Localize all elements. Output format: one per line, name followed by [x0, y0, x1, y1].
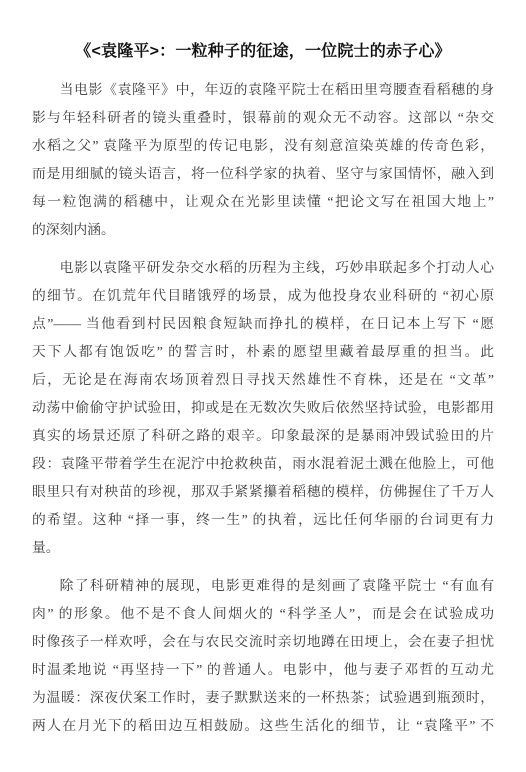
document-page: 《<袁隆平>：一粒种子的征途，一位院士的赤子心》 当电影《袁隆平》中，年迈的袁隆… — [0, 0, 526, 772]
text-line: 当电影《袁隆平》中，年迈的袁隆平院士在稻田里弯腰查看稻穗的身 — [32, 76, 494, 104]
text-line: 天下人都有饱饭吃” 的誓言时，朴素的愿望里藏着最厚重的担当。此 — [32, 338, 494, 366]
text-line: 水稻之父” 袁隆平为原型的传记电影，没有刻意渲染英雄的传奇色彩， — [32, 132, 494, 160]
text-line: 的深刻内涵。 — [32, 216, 494, 244]
text-line: 电影以袁隆平研发杂交水稻的历程为主线，巧妙串联起多个打动人心 — [32, 254, 494, 282]
text-line: 时温柔地说 “再坚持一下” 的普通人。电影中，他与妻子邓哲的互动尤 — [32, 656, 494, 684]
text-line: 量。 — [32, 534, 494, 562]
text-line: 的细节。在饥荒年代目睹饿殍的场景，成为他投身农业科研的 “初心原 — [32, 282, 494, 310]
document-title: 《<袁隆平>：一粒种子的征途，一位院士的赤子心》 — [32, 40, 494, 64]
paragraph: 除了科研精神的展现，电影更难得的是刻画了袁隆平院士 “有血有肉” 的形象。他不是… — [32, 572, 494, 740]
text-line: 每一粒饱满的稻穗中，让观众在光影里读懂 “把论文写在祖国大地上” — [32, 188, 494, 216]
text-line: 点”—— 当他看到村民因粮食短缺而挣扎的模样，在日记本上写下 “愿 — [32, 310, 494, 338]
text-line: 肉” 的形象。他不是不食人间烟火的 “科学圣人”，而是会在试验成功 — [32, 600, 494, 628]
text-line: 段：袁隆平带着学生在泥泞中抢救秧苗，雨水混着泥土溅在他脸上，可他 — [32, 450, 494, 478]
text-line: 后，无论是在海南农场顶着烈日寻找天然雄性不育株，还是在 “文革” — [32, 366, 494, 394]
text-line: 的希望。这种 “择一事，终一生” 的执着，远比任何华丽的台词更有力 — [32, 506, 494, 534]
paragraph: 当电影《袁隆平》中，年迈的袁隆平院士在稻田里弯腰查看稻穗的身影与年轻科研者的镜头… — [32, 76, 494, 244]
text-line: 影与年轻科研者的镜头重叠时，银幕前的观众无不动容。这部以 “杂交 — [32, 104, 494, 132]
text-line: 为温暖：深夜伏案工作时，妻子默默送来的一杯热茶；试验遇到瓶颈时， — [32, 684, 494, 712]
text-line: 真实的场景还原了科研之路的艰辛。印象最深的是暴雨冲毁试验田的片 — [32, 422, 494, 450]
text-line: 时像孩子一样欢呼，会在与农民交流时亲切地蹲在田埂上，会在妻子担忧 — [32, 628, 494, 656]
text-line: 动荡中偷偷守护试验田，抑或是在无数次失败后依然坚持试验，电影都用 — [32, 394, 494, 422]
text-line: 而是用细腻的镜头语言，将一位科学家的执着、坚守与家国情怀，融入到 — [32, 160, 494, 188]
text-line: 两人在月光下的稻田边互相鼓励。这些生活化的细节，让 “袁隆平” 不 — [32, 712, 494, 740]
text-line: 除了科研精神的展现，电影更难得的是刻画了袁隆平院士 “有血有 — [32, 572, 494, 600]
text-line: 眼里只有对秧苗的珍视，那双手紧紧攥着稻穗的模样，仿佛握住了千万人 — [32, 478, 494, 506]
paragraph: 电影以袁隆平研发杂交水稻的历程为主线，巧妙串联起多个打动人心的细节。在饥荒年代目… — [32, 254, 494, 562]
document-body: 当电影《袁隆平》中，年迈的袁隆平院士在稻田里弯腰查看稻穗的身影与年轻科研者的镜头… — [32, 76, 494, 740]
